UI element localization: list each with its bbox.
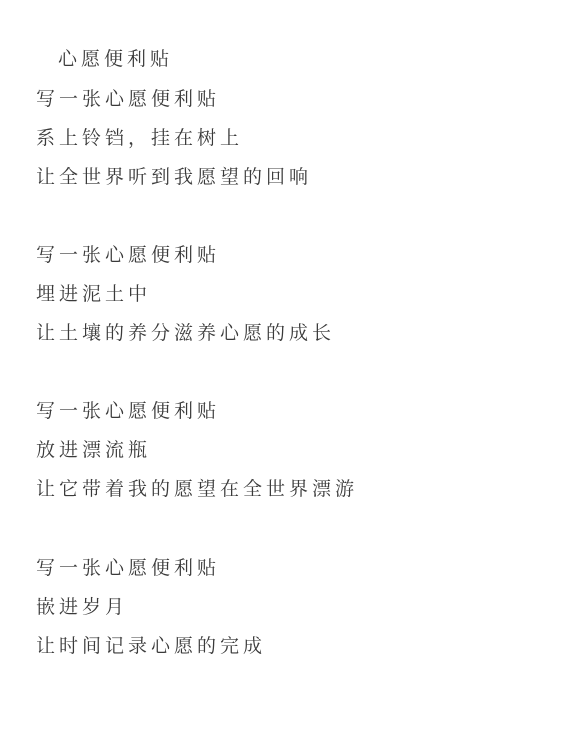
stanza-line: 写一张心愿便利贴 (36, 87, 220, 111)
stanza-line: 系上铃铛，挂在树上 (36, 126, 243, 150)
stanza-line: 写一张心愿便利贴 (36, 399, 220, 423)
stanza-line: 让时间记录心愿的完成 (36, 634, 266, 658)
stanza-line: 放进漂流瓶 (36, 438, 151, 462)
poem-title: 心愿便利贴 (58, 47, 173, 71)
stanza-line: 埋进泥土中 (36, 282, 151, 306)
stanza-line: 让全世界听到我愿望的回响 (36, 165, 312, 189)
stanza-line: 写一张心愿便利贴 (36, 556, 220, 580)
stanza-line: 让土壤的养分滋养心愿的成长 (36, 321, 335, 345)
stanza-line: 让它带着我的愿望在全世界漂游 (36, 477, 358, 501)
stanza-line: 写一张心愿便利贴 (36, 243, 220, 267)
stanza-line: 嵌进岁月 (36, 595, 128, 619)
